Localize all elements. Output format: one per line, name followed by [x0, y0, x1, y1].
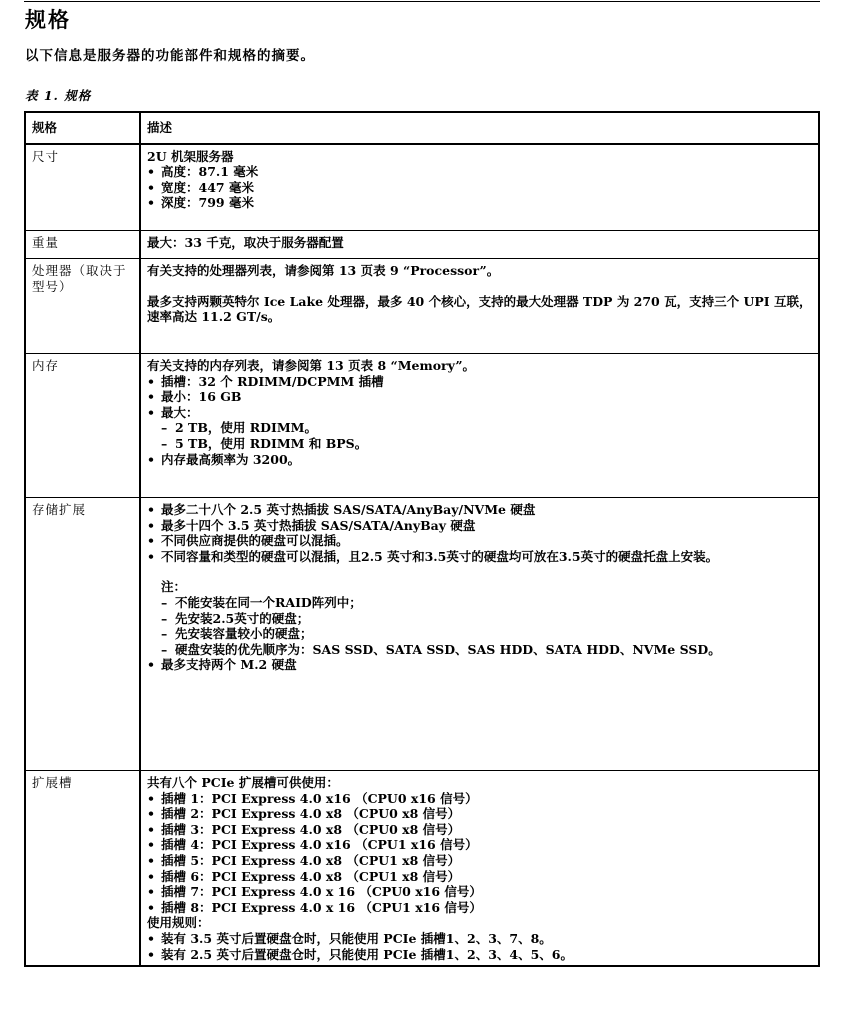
spec-label: 处理器（取决于型号）	[25, 259, 140, 354]
table-row-weight: 重量 最大：33 千克，取决于服务器配置	[25, 231, 819, 259]
spec-label: 重量	[25, 231, 140, 259]
table-row-expansion-slots: 扩展槽 共有八个 PCIe 扩展槽可供使用： 插槽 1：PCI Express …	[25, 771, 819, 967]
slot-item: 插槽 1：PCI Express 4.0 x16 （CPU0 x16 信号）	[147, 791, 812, 807]
spec-label: 尺寸	[25, 144, 140, 231]
list-item: 最多十四个 3.5 英寸热插拔 SAS/SATA/AnyBay 硬盘	[147, 518, 812, 534]
sub-list-item: 2 TB，使用 RDIMM。	[161, 420, 812, 436]
slot-item: 插槽 5：PCI Express 4.0 x8 （CPU1 x8 信号）	[147, 853, 812, 869]
list-item: 最多支持两个 M.2 硬盘	[147, 657, 812, 673]
slot-item: 插槽 3：PCI Express 4.0 x8 （CPU0 x8 信号）	[147, 822, 812, 838]
note-item: 硬盘安装的优先顺序为：SAS SSD、SATA SSD、SAS HDD、SATA…	[161, 642, 812, 658]
spec-description: 有关支持的处理器列表，请参阅第 13 页表 9 “Processor”。 最多支…	[140, 259, 819, 354]
table-row-processor: 处理器（取决于型号） 有关支持的处理器列表，请参阅第 13 页表 9 “Proc…	[25, 259, 819, 354]
page-title: 规格	[25, 7, 71, 33]
header-description: 描述	[140, 112, 819, 144]
rule-item: 装有 2.5 英寸后置硬盘仓时，只能使用 PCIe 插槽1、2、3、4、5、6。	[147, 947, 812, 963]
storage-notes: 注： 不能安装在同一个RAID阵列中； 先安装2.5英寸的硬盘； 先安装容量较小…	[161, 579, 812, 657]
note-item: 不能安装在同一个RAID阵列中；	[161, 595, 812, 611]
slot-item: 插槽 7：PCI Express 4.0 x 16 （CPU0 x16 信号）	[147, 884, 812, 900]
table-row-storage: 存储扩展 最多二十八个 2.5 英寸热插拔 SAS/SATA/AnyBay/NV…	[25, 498, 819, 771]
table-row-memory: 内存 有关支持的内存列表，请参阅第 13 页表 8 “Memory”。 插槽：3…	[25, 354, 819, 498]
list-item: 深度：799 毫米	[147, 195, 812, 211]
spec-label: 存储扩展	[25, 498, 140, 771]
spec-table: 规格 描述 尺寸 2U 机架服务器 高度：87.1 毫米 宽度：447 毫米 深…	[24, 111, 820, 967]
slots-lead: 共有八个 PCIe 扩展槽可供使用：	[147, 775, 812, 791]
list-item: 不同容量和类型的硬盘可以混插，且2.5 英寸和3.5英寸的硬盘均可放在3.5英寸…	[147, 549, 812, 565]
slot-item: 插槽 2：PCI Express 4.0 x8 （CPU0 x8 信号）	[147, 806, 812, 822]
spec-description: 2U 机架服务器 高度：87.1 毫米 宽度：447 毫米 深度：799 毫米	[140, 144, 819, 231]
table-caption: 表 1. 规格	[25, 88, 91, 104]
spec-label: 内存	[25, 354, 140, 498]
spec-description: 最多二十八个 2.5 英寸热插拔 SAS/SATA/AnyBay/NVMe 硬盘…	[140, 498, 819, 771]
list-item: 插槽：32 个 RDIMM/DCPMM 插槽	[147, 374, 812, 390]
top-rule	[24, 1, 820, 2]
rule-item: 装有 3.5 英寸后置硬盘仓时，只能使用 PCIe 插槽1、2、3、7、8。	[147, 931, 812, 947]
table-row-dimensions: 尺寸 2U 机架服务器 高度：87.1 毫米 宽度：447 毫米 深度：799 …	[25, 144, 819, 231]
dimensions-lead: 2U 机架服务器	[147, 149, 812, 165]
note-item: 先安装2.5英寸的硬盘；	[161, 611, 812, 627]
slot-item: 插槽 4：PCI Express 4.0 x16 （CPU1 x16 信号）	[147, 837, 812, 853]
list-item: 内存最高频率为 3200。	[147, 452, 812, 468]
list-item: 最小：16 GB	[147, 389, 812, 405]
note-item: 先安装容量较小的硬盘；	[161, 626, 812, 642]
intro-text: 以下信息是服务器的功能部件和规格的摘要。	[25, 47, 315, 65]
note-label: 注：	[161, 579, 812, 595]
list-item: 高度：87.1 毫米	[147, 164, 812, 180]
spec-description: 有关支持的内存列表，请参阅第 13 页表 8 “Memory”。 插槽：32 个…	[140, 354, 819, 498]
processor-details: 最多支持两颗英特尔 Ice Lake 处理器，最多 40 个核心，支持的最大处理…	[147, 294, 812, 325]
list-item: 最大：	[147, 405, 812, 421]
header-spec: 规格	[25, 112, 140, 144]
processor-reference-link[interactable]: 有关支持的处理器列表，请参阅第 13 页表 9 “Processor”。	[147, 263, 812, 279]
list-item: 最多二十八个 2.5 英寸热插拔 SAS/SATA/AnyBay/NVMe 硬盘	[147, 502, 812, 518]
sub-list-item: 5 TB，使用 RDIMM 和 BPS。	[161, 436, 812, 452]
rules-label: 使用规则：	[147, 915, 812, 931]
spec-label: 扩展槽	[25, 771, 140, 967]
slot-item: 插槽 6：PCI Express 4.0 x8 （CPU1 x8 信号）	[147, 869, 812, 885]
slot-item: 插槽 8：PCI Express 4.0 x 16 （CPU1 x16 信号）	[147, 900, 812, 916]
memory-reference-link[interactable]: 有关支持的内存列表，请参阅第 13 页表 8 “Memory”。	[147, 358, 812, 374]
spec-description: 共有八个 PCIe 扩展槽可供使用： 插槽 1：PCI Express 4.0 …	[140, 771, 819, 967]
list-item: 宽度：447 毫米	[147, 180, 812, 196]
weight-text: 最大：33 千克，取决于服务器配置	[147, 235, 812, 251]
list-item: 不同供应商提供的硬盘可以混插。	[147, 533, 812, 549]
table-header-row: 规格 描述	[25, 112, 819, 144]
spec-description: 最大：33 千克，取决于服务器配置	[140, 231, 819, 259]
